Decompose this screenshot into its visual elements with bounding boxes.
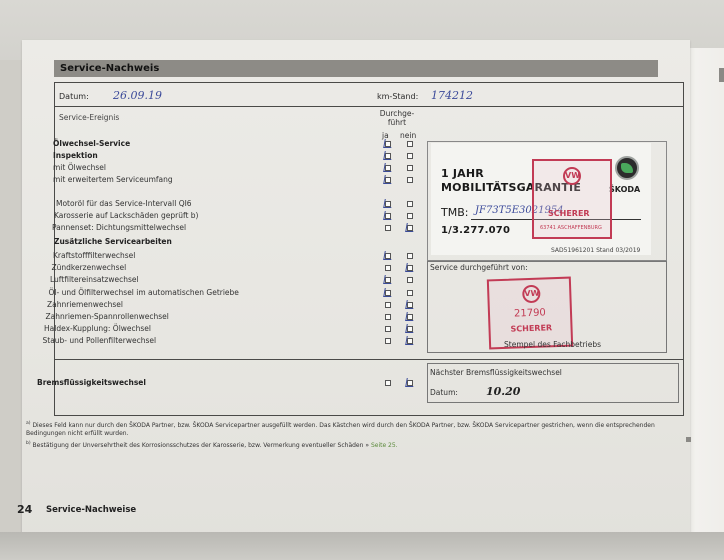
additional-item-label: Haldex-Kupplung: Ölwechsel [44,324,151,333]
section-title: Service-Nachweis [54,60,658,77]
service-item-no-checkbox[interactable] [407,141,413,147]
additional-item-label: Luftfiltereinsatzwechsel [50,275,139,284]
brake-no-checkbox[interactable] [407,380,413,386]
service-item-yes-checkbox[interactable] [385,165,391,171]
next-brake-date-label: Datum: [430,388,458,397]
tmb-label: TMB: [441,206,468,219]
service-item-no-checkbox[interactable] [407,165,413,171]
additional-item-no-checkbox[interactable] [407,326,413,332]
stamp-dealer-2: SCHERER [510,323,552,333]
service-item-yes-checkbox[interactable] [385,225,391,231]
additional-heading: Zusätzliche Servicearbeiten [54,237,172,246]
additional-item-yes-checkbox[interactable] [385,302,391,308]
additional-item-no-checkbox[interactable] [407,302,413,308]
additional-item-no-checkbox[interactable] [407,253,413,259]
skoda-logo-icon [615,156,639,180]
additional-item-yes-checkbox[interactable] [385,338,391,344]
additional-item-yes-checkbox[interactable] [385,290,391,296]
service-item-no-checkbox[interactable] [407,225,413,231]
brake-yes-checkbox[interactable] [385,380,391,386]
date-km-row: Datum: 26.09.19 km-Stand: 174212 [55,83,683,107]
additional-item-no-checkbox[interactable] [407,314,413,320]
additional-item-no-checkbox[interactable] [407,338,413,344]
date-label: Datum: [59,92,89,101]
performed-label-2: führt [375,118,419,127]
additional-item-yes-checkbox[interactable] [385,253,391,259]
km-value[interactable]: 174212 [431,89,473,102]
performed-label-1: Durchge- [375,109,419,118]
page-25-link[interactable]: Seite 25. [371,442,398,449]
dealer-stamp-1: VW SCHERER 63741 ASCHAFFENBURG [532,159,612,239]
additional-item-label: Zahnriemenwechsel [47,300,123,309]
mobility-number: 1/3.277.070 [441,225,510,236]
service-item-label: Inspektion [53,151,98,160]
service-item-yes-checkbox[interactable] [385,201,391,207]
additional-item-yes-checkbox[interactable] [385,326,391,332]
vw-logo-icon: VW [563,167,581,185]
footnote-a: a) Dieses Feld kann nur durch den ŠKODA … [26,420,676,438]
service-item-label: mit Ölwechsel [53,163,106,172]
mobility-sticker: 1 JAHR MOBILITÄTSGARANTIE TMB: JF73T5E30… [431,143,651,255]
footnote-a-mark: a) [26,421,31,426]
end-mark-icon [686,437,691,442]
footnote-b: b) Bestätigung der Unversehrtheit des Ko… [26,440,676,450]
service-by-label: Service durchgeführt von: [430,263,528,272]
stamp-caption: Stempel des Fachbetriebs [504,340,601,349]
page-number: 24 [17,503,32,516]
additional-item-label: Öl- und Ölfilterwechsel im automatischen… [49,288,239,297]
additional-item-label: Zahnriemen-Spannrollenwechsel [46,312,169,321]
brake-label: Bremsflüssigkeitswechsel [37,378,146,387]
additional-item-yes-checkbox[interactable] [385,277,391,283]
service-item-label: Pannenset: Dichtungsmittelwechsel [52,223,186,232]
next-brake-label: Nächster Bremsflüssigkeitswechsel [430,368,562,377]
service-item-no-checkbox[interactable] [407,153,413,159]
additional-item-no-checkbox[interactable] [407,290,413,296]
footnote-a-text: Dieses Feld kann nur durch den ŠKODA Par… [26,422,655,437]
service-item-label: mit erweitertem Serviceumfang [53,175,173,184]
service-record-form: Datum: 26.09.19 km-Stand: 174212 Service… [54,82,684,416]
service-item-label: Motoröl für das Service-Intervall QI6 [56,199,192,208]
additional-item-label: Kraftstofffilterwechsel [53,251,135,260]
page-footer-title: Service-Nachweise [46,505,136,515]
table-surface [0,532,724,560]
stamp-number: 21790 [514,307,546,319]
service-item-label: Karosserie auf Lackschäden geprüft b) [54,211,199,220]
date-value[interactable]: 26.09.19 [113,89,162,102]
service-item-label: Ölwechsel-Service [53,139,130,148]
additional-item-no-checkbox[interactable] [407,265,413,271]
service-item-yes-checkbox[interactable] [385,141,391,147]
service-item-no-checkbox[interactable] [407,177,413,183]
additional-item-label: Staub- und Pollenfilterwechsel [43,336,157,345]
footnote-b-mark: b) [26,441,31,446]
service-item-yes-checkbox[interactable] [385,177,391,183]
service-item-no-checkbox[interactable] [407,213,413,219]
performed-header: Durchge- führt [375,109,419,127]
next-brake-box: Nächster Bremsflüssigkeitswechsel Datum:… [427,363,679,403]
mobility-title-1: 1 JAHR [441,167,484,180]
next-page-band [719,68,724,82]
skoda-brand: ŠKODA [609,185,640,194]
additional-item-yes-checkbox[interactable] [385,265,391,271]
additional-item-label: Zündkerzenwechsel [52,263,127,272]
stamp-city-1: 63741 ASCHAFFENBURG [540,225,602,231]
vw-logo-icon-2: VW [522,285,541,304]
service-item-yes-checkbox[interactable] [385,213,391,219]
sticker-meta: SAD51961201 Stand 03/2019 [551,247,640,254]
additional-item-no-checkbox[interactable] [407,277,413,283]
stamp-dealer-1: SCHERER [548,209,590,218]
service-event-label: Service-Ereignis [59,113,119,122]
footnote-b-text: Bestätigung der Unversehrtheit des Korro… [33,442,369,449]
service-item-no-checkbox[interactable] [407,201,413,207]
no-label: nein [400,131,416,140]
dealer-stamp-2: VW 21790 SCHERER [487,277,573,350]
service-item-yes-checkbox[interactable] [385,153,391,159]
brake-divider [55,359,683,360]
additional-item-yes-checkbox[interactable] [385,314,391,320]
next-brake-date-value[interactable]: 10.20 [486,385,520,398]
service-by-box: Service durchgeführt von: VW 21790 SCHER… [427,261,667,353]
km-label: km-Stand: [377,92,418,101]
